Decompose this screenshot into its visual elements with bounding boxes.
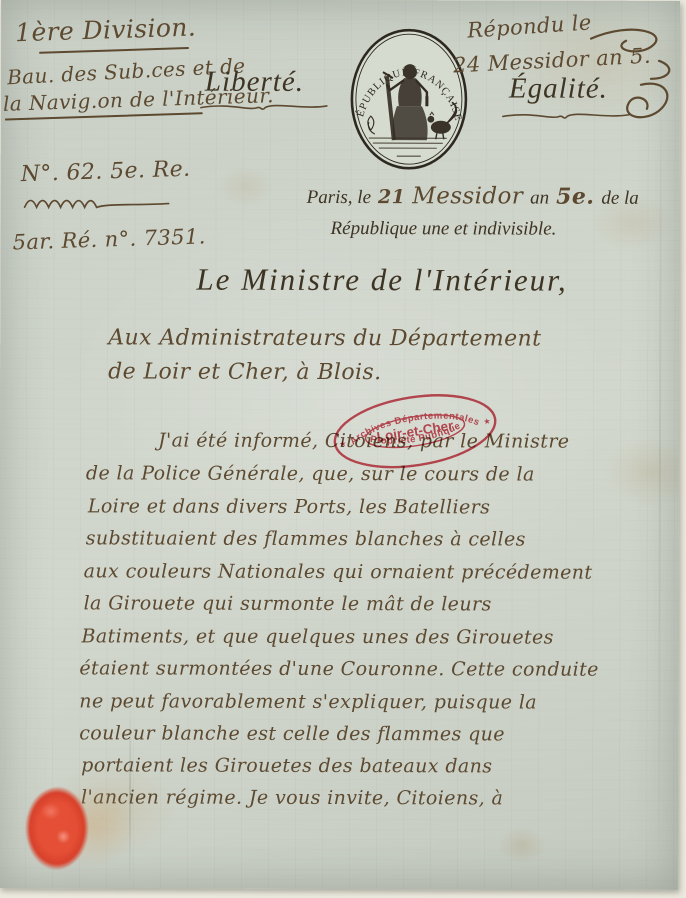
body-line: Batiments, et que quelques unes des Giro… <box>81 623 553 650</box>
dateline-printed-suffix: de la <box>601 188 639 210</box>
division-heading: 1ère Division. <box>15 12 197 47</box>
dateline-month: Messidor <box>412 183 523 209</box>
registry-ref-1: N°. 62. 5e. Re. <box>20 157 191 187</box>
body-line: étaient surmontées d'une Couronne. Cette… <box>79 655 598 682</box>
registry-ref-2: 5ar. Ré. n°. 7351. <box>12 224 206 254</box>
letter-paper: 1ère Division. Bau. des Sub.ces et de la… <box>0 0 680 890</box>
egalite-flourish <box>501 108 631 124</box>
liberte-heading: Liberté. <box>205 66 304 99</box>
stamp-right-star-icon: ★ <box>483 417 491 427</box>
dateline: Paris, le 21 Messidor an 5e. de la <box>307 183 639 210</box>
body-line: couleur blanche est celle des flammes qu… <box>79 720 505 747</box>
fold-crease <box>658 1 662 890</box>
body-line: substituaient des flammes blanches à cel… <box>86 525 526 552</box>
body-line: de la Police Générale, que, sur le cours… <box>86 460 535 487</box>
body-line: ne peut favorablement s'expliquer, puisq… <box>79 688 537 715</box>
dateline-day: 21 <box>378 186 405 208</box>
body-line: la Girouete qui surmonte le mât de leurs <box>84 590 492 617</box>
document-scan: 1ère Division. Bau. des Sub.ces et de la… <box>0 0 686 898</box>
body-line: aux couleurs Nationales qui ornaient pré… <box>84 558 593 585</box>
body-line: portaient les Girouetes des bateaux dans <box>81 752 492 779</box>
stamp-left-star-icon: ★ <box>338 439 346 449</box>
division-underline <box>39 47 189 54</box>
address-line-1: Aux Administrateurs du Département <box>108 325 541 351</box>
egalite-heading: Égalité. <box>509 72 608 105</box>
dateline-year: 5e. <box>556 184 594 210</box>
republic-seal: RÉPUBLIQUE FRANÇAISE. <box>347 26 471 172</box>
minister-title: Le Ministre de l'Intérieur, <box>196 262 567 299</box>
registry-scribble <box>23 195 173 213</box>
dateline-line-2: République une et indivisible. <box>331 218 557 241</box>
dateline-printed-an: an <box>530 187 549 209</box>
dateline-printed-prefix: Paris, le <box>307 187 371 209</box>
reply-note-line-1: Répondu le <box>466 10 592 42</box>
letter-body: J'ai été informé, Citoiens, par le Minis… <box>1 0 680 1</box>
body-line: Loire et dans divers Ports, les Batellie… <box>88 493 490 520</box>
address-line-2: de Loir et Cher, à Blois. <box>108 359 381 385</box>
